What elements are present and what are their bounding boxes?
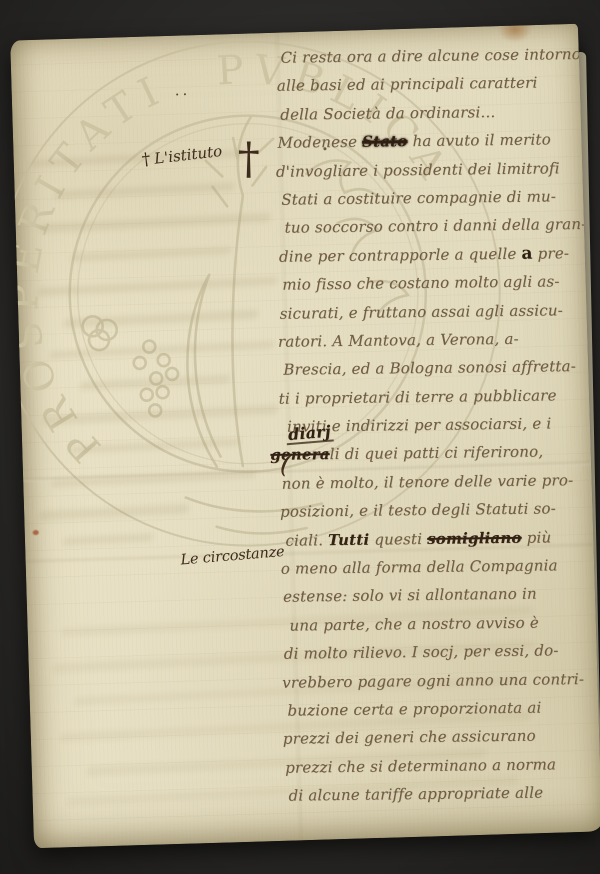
struck-word: genera <box>270 446 330 465</box>
manuscript-line: posizioni, e il testo degli Statuti so- <box>280 494 580 526</box>
line-text: ha avuto il merito <box>407 131 551 151</box>
line-text: li di quei patti ci riferirono, <box>330 443 544 464</box>
manuscript-line: ti i proprietari di terre a pubblicare <box>279 381 579 413</box>
manuscript-line-edited: dine per contrapporle a quelle a pre- <box>279 239 577 271</box>
manuscript-line: prezzi che si determinano a norma <box>285 750 583 782</box>
inserted-letter: a <box>521 243 532 263</box>
struck-word: Stato <box>362 132 408 151</box>
manuscript-line: di molto rilievo. I socj, per essi, do- <box>284 636 582 668</box>
manuscript-line: estense: solo vi si allontanano in <box>283 579 581 611</box>
manuscript-line: Ci resta ora a dire alcune cose intorno <box>280 40 574 72</box>
manuscript-line: Brescia, ed a Bologna sonosi affretta- <box>283 352 578 384</box>
reference-mark: † <box>141 149 152 170</box>
overwritten-word: Tutti <box>328 530 369 549</box>
line-text: dine per contrapporle a quelle <box>279 244 522 265</box>
manuscript-line-edited: Modenese Stato ha avuto il merito <box>277 125 575 157</box>
manuscript-text-block: Ci resta ora a dire alcune cose intorno … <box>274 40 583 810</box>
line-text: pre- <box>533 244 570 262</box>
manuscript-line: della Società da ordinarsi... <box>280 97 575 129</box>
manuscript-line: di alcune tariffe appropriate alle <box>288 778 583 810</box>
manuscript-line: non è molto, il tenore delle varie pro- <box>282 466 580 498</box>
margin-dots-mark: ·· <box>175 85 191 103</box>
manuscript-line: o meno alla forma della Compagnia <box>281 551 581 583</box>
manuscript-line: ratori. A Mantova, a Verona, a- <box>278 324 578 356</box>
manuscript-line: sicurati, e fruttano assai agli assicu- <box>279 296 577 328</box>
manuscript-page: PROSPERITATI PVBLICAE ·· †L'istituto † (… <box>10 24 600 848</box>
line-text: Modenese <box>277 133 362 152</box>
manuscript-line: Stati a costituire compagnie di mu- <box>281 182 576 214</box>
manuscript-line: prezzi dei generi che assicurano <box>283 721 583 753</box>
interline-insertion: diarj <box>285 424 333 446</box>
photo-backdrop: PROSPERITATI PVBLICAE ·· †L'istituto † (… <box>0 0 600 874</box>
manuscript-line: tuo soccorso contro i danni della gran- <box>284 210 576 242</box>
struck-word: somigliano <box>427 528 522 547</box>
manuscript-line-edited: ciali. Tutti questi somigliano più <box>285 523 580 555</box>
manuscript-line-edited: diarjgenerali di quei patti ci riferiron… <box>270 438 579 470</box>
line-text: più <box>522 528 552 546</box>
line-text: questi <box>369 530 427 549</box>
manuscript-line: d'invogliare i possidenti dei limitrofi <box>276 154 576 186</box>
manuscript-line: vrebbero pagare ogni anno una contri- <box>282 665 582 697</box>
line-text: ciali. <box>285 531 328 550</box>
manuscript-line: mio fisso che costano molto agli as- <box>282 267 577 299</box>
dagger-insertion-mark: † <box>238 134 260 185</box>
manuscript-line: buzione certa e proporzionata ai <box>287 693 582 725</box>
manuscript-line: alle basi ed ai principali caratteri <box>277 68 575 100</box>
manuscript-line: una parte, che a nostro avviso è <box>289 608 581 640</box>
